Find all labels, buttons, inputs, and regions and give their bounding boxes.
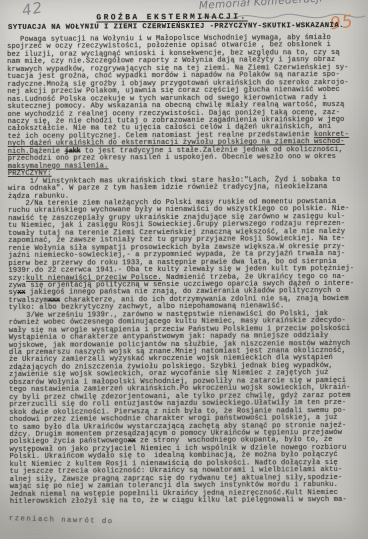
typed-text: 1/ Winstynktach mas ukraińskich tkwi sta… [8, 176, 341, 201]
catchword: rzeniach nawrót do [9, 515, 114, 526]
opening-paragraph: Powaga sytuacji na Wołyniu i w Małopolsc… [7, 35, 366, 171]
document-subtitle: SYTUACJA NA WOŁYNIU I ZIEMI CZERWIEŃSKIE… [8, 21, 368, 31]
typed-text: 2/Na terenie ziem należących do Polski m… [8, 198, 354, 283]
typed-text: 3/We wrześniu 1939r., zarówno w następst… [9, 310, 351, 447]
document-body: Powaga sytuacji na Wołyniu i w Małopolsc… [7, 35, 368, 507]
typed-text: ze strony wschodniego okupanta, było to,… [9, 436, 346, 506]
point-3-paragraph: 3/We wrześniu 1939r., zarówno w następst… [9, 311, 368, 507]
scanned-document-page: 42 Memoriał Konfederacji 95 GROŹBA EKSTE… [0, 0, 368, 539]
point-2-paragraph: 2/Na terenie ziem należących do Polski m… [8, 199, 367, 313]
typed-text: Powaga sytuacji na Wołyniu i w Małopolsc… [7, 34, 349, 141]
